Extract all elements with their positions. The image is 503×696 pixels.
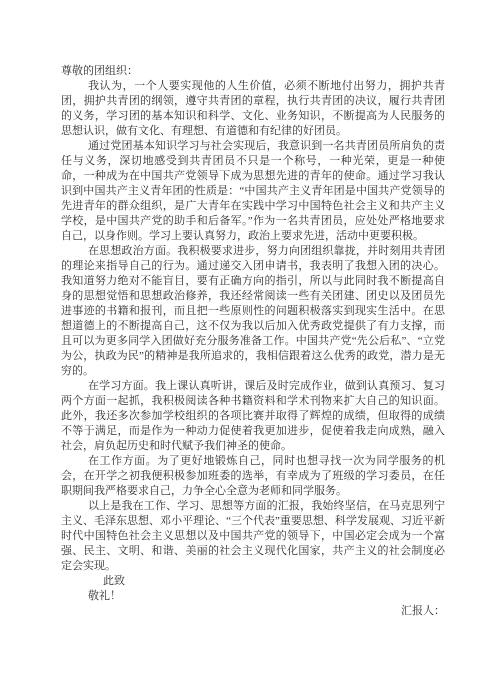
paragraph-conclusion: 以上是我在工作、学习、思想等方面的汇报，我始终坚信，在马克思列宁主义、毛泽东思想… xyxy=(61,499,445,574)
paragraph-ideology-politics: 在思想政治方面。我积极要求进步，努力向团组织靠拢，并时刻用共青团的理论来指导自己… xyxy=(61,244,445,379)
paragraph-study: 在学习方面。我上课认真听讲，课后及时完成作业，做到认真预习、复习两个方面一起抓，… xyxy=(61,379,445,454)
signature-label: 汇报人： xyxy=(61,604,445,619)
closing-salute: 敬礼！ xyxy=(61,589,445,604)
paragraph-work: 在工作方面。为了更好地锻炼自己，同时也想寻找一次为同学服务的机会，在开学之初我便… xyxy=(61,454,445,499)
document-page: 尊敬的团组织： 我认为，一个人要实现他的人生价值，必须不断地付出努力，拥护共青团… xyxy=(0,0,503,696)
paragraph-league-understanding: 通过党团基本知识学习与社会实现后，我意识到一名共青团员所肩负的责任与义务，深切地… xyxy=(61,139,445,244)
salutation: 尊敬的团组织： xyxy=(61,64,445,79)
paragraph-personal-values: 我认为，一个人要实现他的人生价值，必须不断地付出努力，拥护共青团，拥护共青团的纲… xyxy=(61,79,445,139)
closing-cizhi: 此致 xyxy=(61,574,445,589)
thought-report-letter: 尊敬的团组织： 我认为，一个人要实现他的人生价值，必须不断地付出努力，拥护共青团… xyxy=(61,64,445,619)
